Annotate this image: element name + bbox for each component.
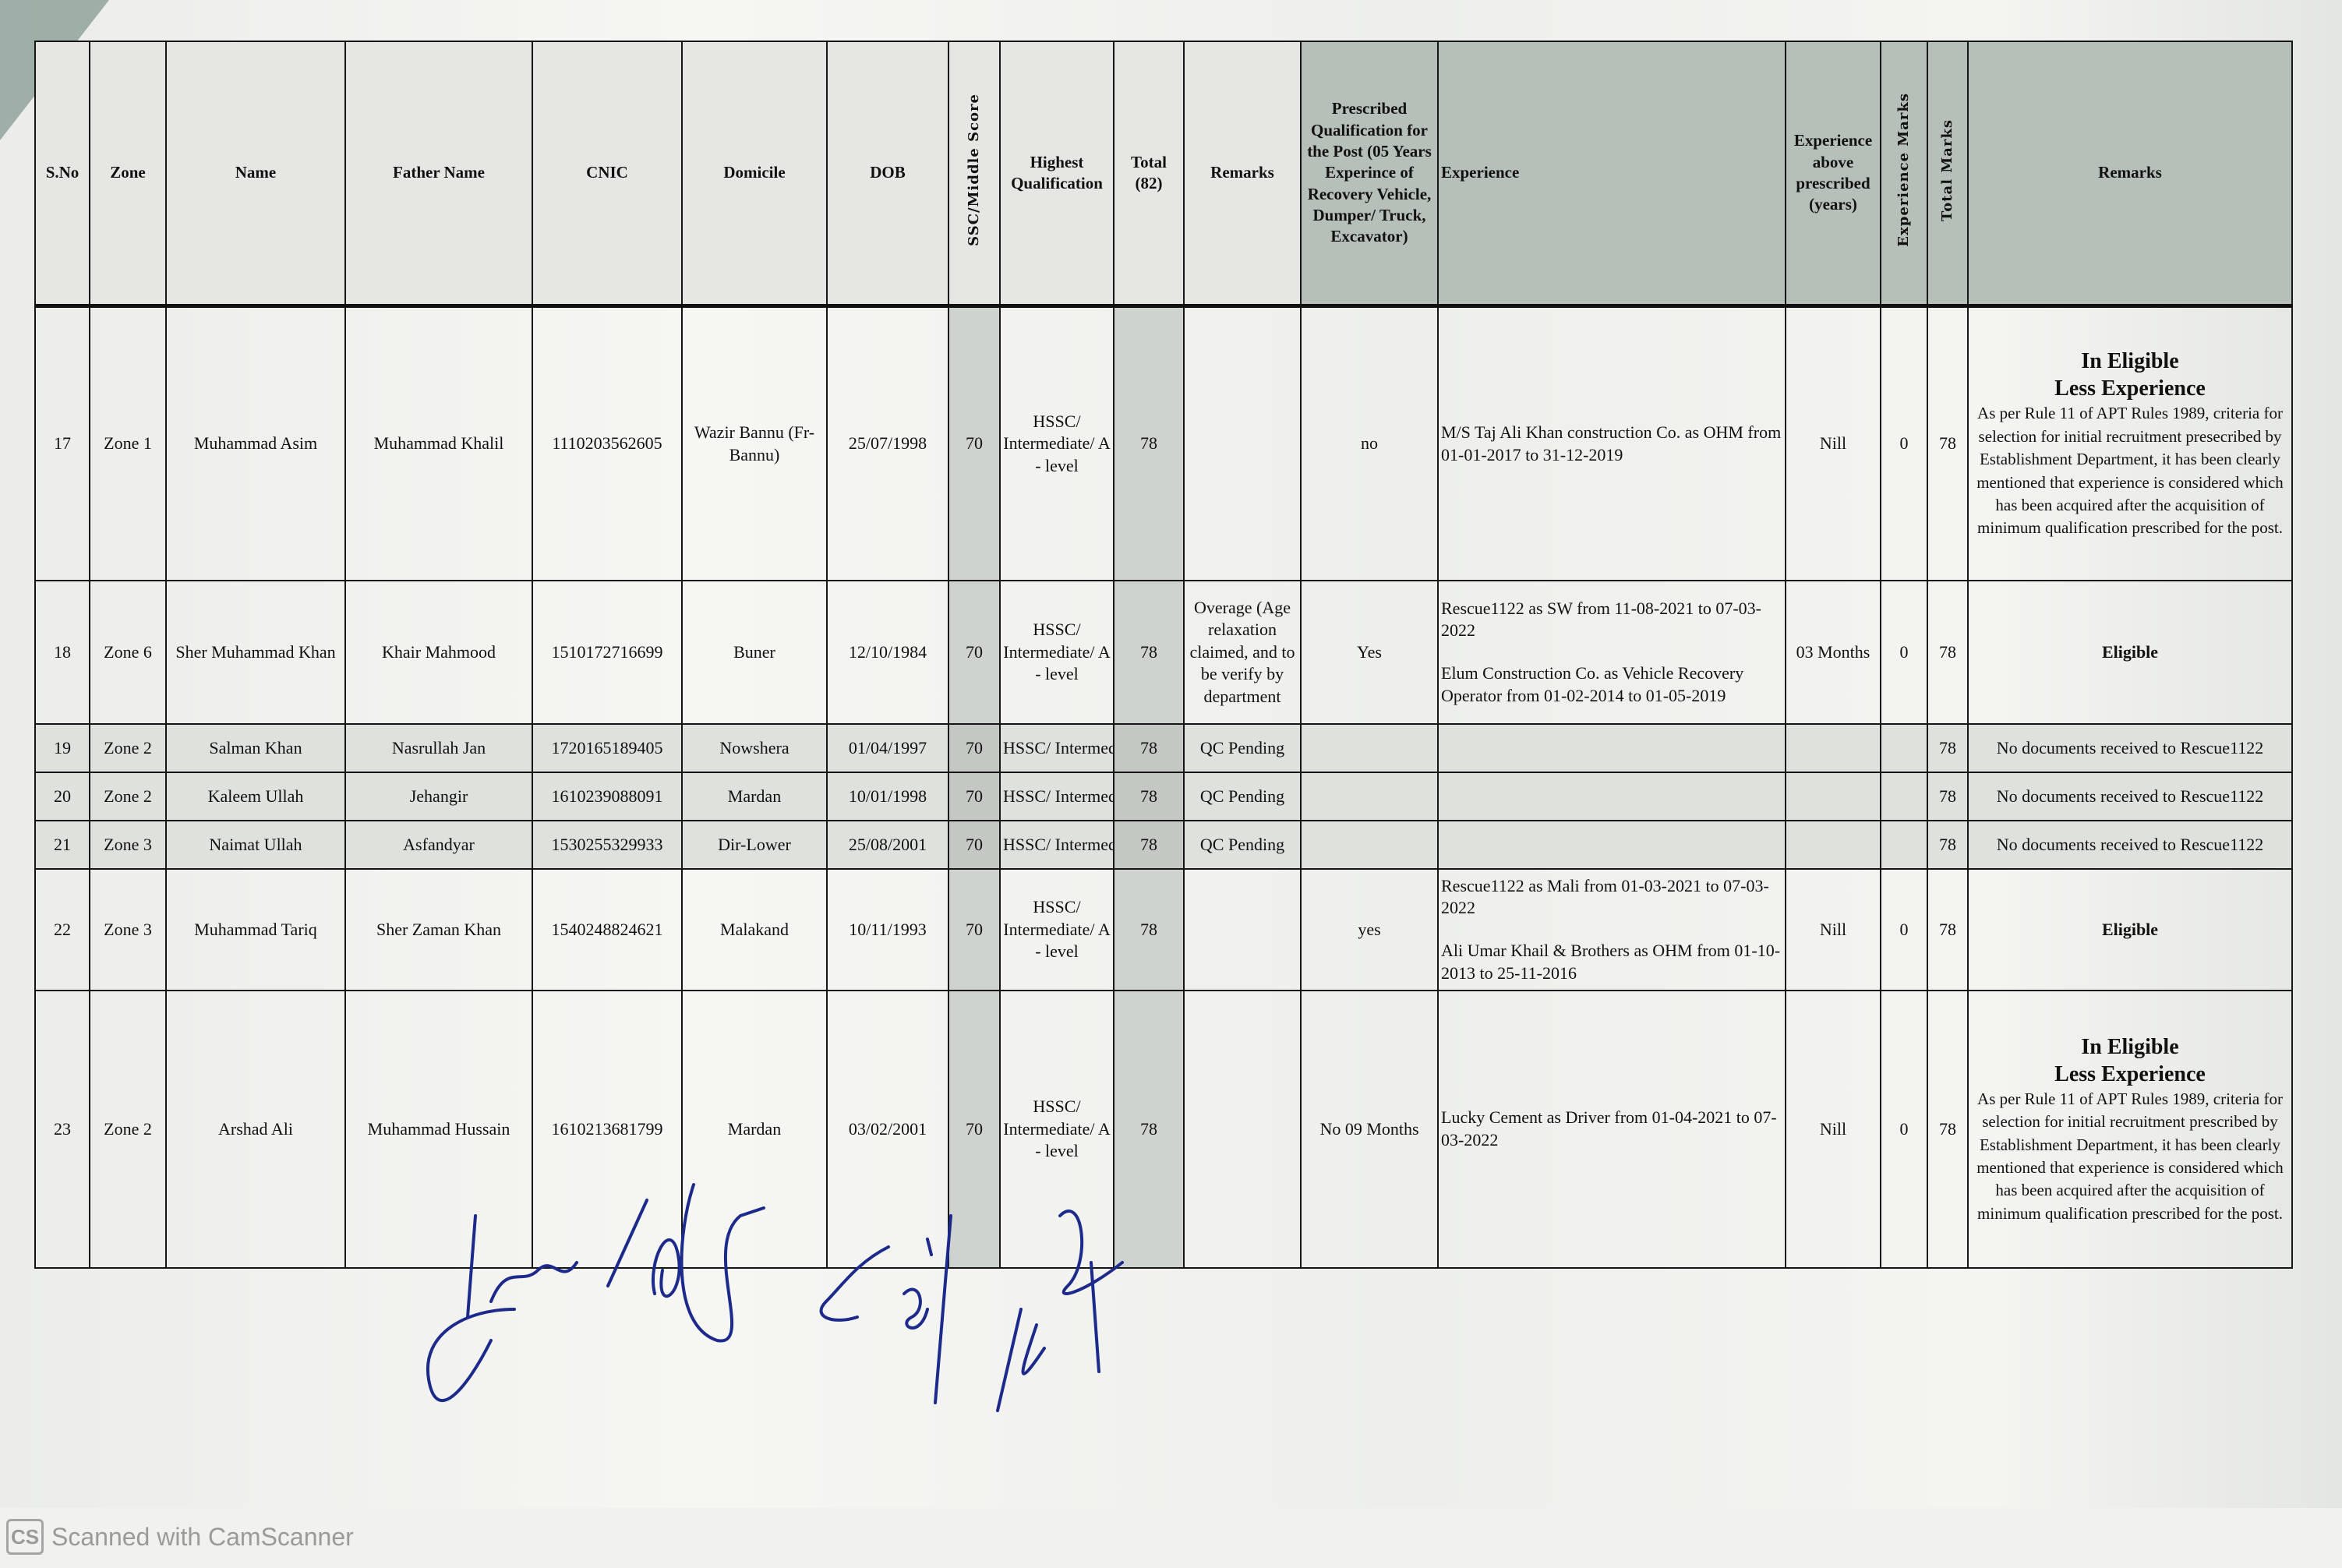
cell-highest-qualification: HSSC/ Intermediate/ A - level [1000,306,1114,581]
cell-domicile: Malakand [682,869,827,991]
signature-5 [998,1211,1122,1411]
signature-2 [608,1185,764,1341]
cell-experience-marks: 0 [1881,306,1927,581]
cell-experience-above: 03 Months [1786,581,1881,724]
cell-zone: Zone 2 [90,724,166,772]
cell-domicile: Buner [682,581,827,724]
table-row: 21Zone 3Naimat UllahAsfandyar15302553299… [35,821,2292,869]
cell-experience-above: Nill [1786,869,1881,991]
cell-total: 78 [1114,869,1184,991]
cell-highest-qualification: HSSC/ Intermediate/ A - level [1000,724,1114,772]
experience-entry: Rescue1122 as SW from 11-08-2021 to 07-0… [1441,598,1782,642]
cell-prescribed-qualification: yes [1301,869,1438,991]
cell-experience-marks: 0 [1881,991,1927,1268]
cell-cnic: 1720165189405 [532,724,682,772]
cell-father-name: Nasrullah Jan [345,724,532,772]
experience-entry: Ali Umar Khail & Brothers as OHM from 01… [1441,940,1782,984]
cell-total-marks: 78 [1927,772,1968,821]
header-highest-qualification: Highest Qualification [1000,41,1114,306]
cell-dob: 10/11/1993 [827,869,948,991]
camscanner-logo-icon: CS [6,1519,44,1555]
cell-prescribed-qualification [1301,821,1438,869]
cell-experience-marks: 0 [1881,869,1927,991]
cell-final-remarks: No documents received to Rescue1122 [1968,772,2292,821]
remark-status: Eligible [2102,920,2158,939]
cell-dob: 25/08/2001 [827,821,948,869]
cell-dob: 12/10/1984 [827,581,948,724]
cell-domicile: Dir-Lower [682,821,827,869]
cell-zone: Zone 1 [90,306,166,581]
cell-sno: 19 [35,724,90,772]
cell-cnic: 1510172716699 [532,581,682,724]
header-total-marks-label: Total Marks [1938,119,1956,221]
header-row: S.No Zone Name Father Name CNIC Domicile… [35,41,2292,306]
cell-sno: 21 [35,821,90,869]
cell-total-marks: 78 [1927,581,1968,724]
remark-reason: Less Experience [1971,375,2289,402]
cell-final-remarks: No documents received to Rescue1122 [1968,821,2292,869]
header-name: Name [166,41,345,306]
remark-rule-text: As per Rule 11 of APT Rules 1989, criter… [1971,402,2289,539]
cell-total: 78 [1114,821,1184,869]
cell-experience: M/S Taj Ali Khan construction Co. as OHM… [1438,306,1786,581]
cell-experience-marks [1881,821,1927,869]
table-row: 18Zone 6Sher Muhammad KhanKhair Mahmood1… [35,581,2292,724]
cell-dob: 25/07/1998 [827,306,948,581]
cell-experience [1438,772,1786,821]
cell-name: Kaleem Ullah [166,772,345,821]
header-final-remarks: Remarks [1968,41,2292,306]
cell-zone: Zone 2 [90,772,166,821]
header-father-name: Father Name [345,41,532,306]
cell-final-remarks: In EligibleLess ExperienceAs per Rule 11… [1968,306,2292,581]
cell-name: Naimat Ullah [166,821,345,869]
cell-final-remarks: In EligibleLess ExperienceAs per Rule 11… [1968,991,2292,1268]
cell-experience-above [1786,772,1881,821]
cell-cnic: 1610239088091 [532,772,682,821]
cell-sno: 20 [35,772,90,821]
cell-ssc-score: 70 [948,724,1000,772]
header-experience-marks: Experience Marks [1881,41,1927,306]
cell-remarks: QC Pending [1184,772,1301,821]
signature-1 [428,1216,577,1400]
cell-ssc-score: 70 [948,581,1000,724]
cell-name: Muhammad Tariq [166,869,345,991]
cell-remarks [1184,869,1301,991]
cell-cnic: 1530255329933 [532,821,682,869]
cell-sno: 17 [35,306,90,581]
header-prescribed-qualification: Prescribed Qualification for the Post (0… [1301,41,1438,306]
cell-domicile: Mardan [682,772,827,821]
cell-prescribed-qualification: Yes [1301,581,1438,724]
remark-status-title: In Eligible [1971,1033,2289,1061]
cell-domicile: Nowshera [682,724,827,772]
cell-sno: 18 [35,581,90,724]
cell-name: Sher Muhammad Khan [166,581,345,724]
cell-experience-above: Nill [1786,991,1881,1268]
camscanner-watermark: CS Scanned with CamScanner [6,1517,354,1556]
cell-experience-above: Nill [1786,306,1881,581]
header-total-marks: Total Marks [1927,41,1968,306]
cell-father-name: Jehangir [345,772,532,821]
cell-zone: Zone 3 [90,869,166,991]
cell-sno: 22 [35,869,90,991]
table-row: 17Zone 1Muhammad AsimMuhammad Khalil1110… [35,306,2292,581]
header-total: Total (82) [1114,41,1184,306]
table-row: 19Zone 2Salman KhanNasrullah Jan17201651… [35,724,2292,772]
remark-status: No documents received to Rescue1122 [1997,738,2264,758]
header-domicile: Domicile [682,41,827,306]
cell-experience: Rescue1122 as Mali from 01-03-2021 to 07… [1438,869,1786,991]
cell-highest-qualification: HSSC/ Intermediate/ A - level [1000,821,1114,869]
cell-experience [1438,821,1786,869]
header-remarks: Remarks [1184,41,1301,306]
experience-entry: Rescue1122 as Mali from 01-03-2021 to 07… [1441,875,1782,920]
signatures [421,1169,1551,1481]
cell-final-remarks: Eligible [1968,869,2292,991]
table-row: 22Zone 3Muhammad TariqSher Zaman Khan154… [35,869,2292,991]
cell-prescribed-qualification [1301,724,1438,772]
cell-experience-marks [1881,772,1927,821]
cell-zone: Zone 2 [90,991,166,1268]
cell-zone: Zone 3 [90,821,166,869]
cell-highest-qualification: HSSC/ Intermediate/ A - level [1000,581,1114,724]
cell-ssc-score: 70 [948,772,1000,821]
header-zone: Zone [90,41,166,306]
cell-domicile: Wazir Bannu (Fr-Bannu) [682,306,827,581]
cell-total-marks: 78 [1927,821,1968,869]
cell-experience-above [1786,724,1881,772]
signature-3 [821,1247,888,1320]
cell-ssc-score: 70 [948,306,1000,581]
experience-entry: Elum Construction Co. as Vehicle Recover… [1441,662,1782,707]
cell-remarks: QC Pending [1184,724,1301,772]
cell-zone: Zone 6 [90,581,166,724]
cell-total: 78 [1114,772,1184,821]
remark-status: No documents received to Rescue1122 [1997,786,2264,806]
cell-total-marks: 78 [1927,306,1968,581]
remark-reason: Less Experience [1971,1061,2289,1088]
remark-status: No documents received to Rescue1122 [1997,835,2264,854]
watermark-text: Scanned with CamScanner [51,1523,354,1552]
cell-total-marks: 78 [1927,869,1968,991]
cell-total-marks: 78 [1927,991,1968,1268]
cell-dob: 10/01/1998 [827,772,948,821]
cell-name: Salman Khan [166,724,345,772]
experience-entry: Lucky Cement as Driver from 01-04-2021 t… [1441,1107,1782,1151]
cell-name: Muhammad Asim [166,306,345,581]
signature-4 [904,1216,951,1403]
remark-rule-text: As per Rule 11 of APT Rules 1989, criter… [1971,1088,2289,1225]
table-row: 20Zone 2Kaleem UllahJehangir161023908809… [35,772,2292,821]
cell-experience-marks [1881,724,1927,772]
table-body: 17Zone 1Muhammad AsimMuhammad Khalil1110… [35,306,2292,1269]
cell-prescribed-qualification [1301,772,1438,821]
cell-experience: Rescue1122 as SW from 11-08-2021 to 07-0… [1438,581,1786,724]
cell-sno: 23 [35,991,90,1268]
cell-highest-qualification: HSSC/ Intermediate/ A - level [1000,869,1114,991]
cell-total: 78 [1114,306,1184,581]
cell-experience-marks: 0 [1881,581,1927,724]
header-experience-marks-label: Experience Marks [1895,93,1913,247]
header-cnic: CNIC [532,41,682,306]
cell-cnic: 1110203562605 [532,306,682,581]
cell-highest-qualification: HSSC/ Intermediate/ A - level [1000,772,1114,821]
cell-remarks [1184,306,1301,581]
cell-father-name: Asfandyar [345,821,532,869]
experience-entry: M/S Taj Ali Khan construction Co. as OHM… [1441,422,1782,466]
cell-remarks: QC Pending [1184,821,1301,869]
cell-prescribed-qualification: no [1301,306,1438,581]
cell-final-remarks: Eligible [1968,581,2292,724]
header-sno: S.No [35,41,90,306]
remark-status-title: In Eligible [1971,348,2289,375]
cell-father-name: Khair Mahmood [345,581,532,724]
scanned-page: S.No Zone Name Father Name CNIC Domicile… [0,0,2342,1508]
header-ssc-score: SSC/Middle Score [948,41,1000,306]
cell-final-remarks: No documents received to Rescue1122 [1968,724,2292,772]
cell-cnic: 1540248824621 [532,869,682,991]
header-experience-above: Experience above prescribed (years) [1786,41,1881,306]
cell-dob: 01/04/1997 [827,724,948,772]
cell-ssc-score: 70 [948,869,1000,991]
cell-total: 78 [1114,581,1184,724]
cell-experience-above [1786,821,1881,869]
cell-total: 78 [1114,724,1184,772]
cell-experience [1438,724,1786,772]
header-ssc-score-label: SSC/Middle Score [965,94,983,246]
cell-father-name: Muhammad Khalil [345,306,532,581]
header-dob: DOB [827,41,948,306]
candidate-evaluation-table: S.No Zone Name Father Name CNIC Domicile… [34,41,2293,1269]
cell-ssc-score: 70 [948,821,1000,869]
header-experience: Experience [1438,41,1786,306]
cell-father-name: Sher Zaman Khan [345,869,532,991]
cell-name: Arshad Ali [166,991,345,1268]
remark-status: Eligible [2102,642,2158,662]
cell-remarks: Overage (Age relaxation claimed, and to … [1184,581,1301,724]
cell-total-marks: 78 [1927,724,1968,772]
